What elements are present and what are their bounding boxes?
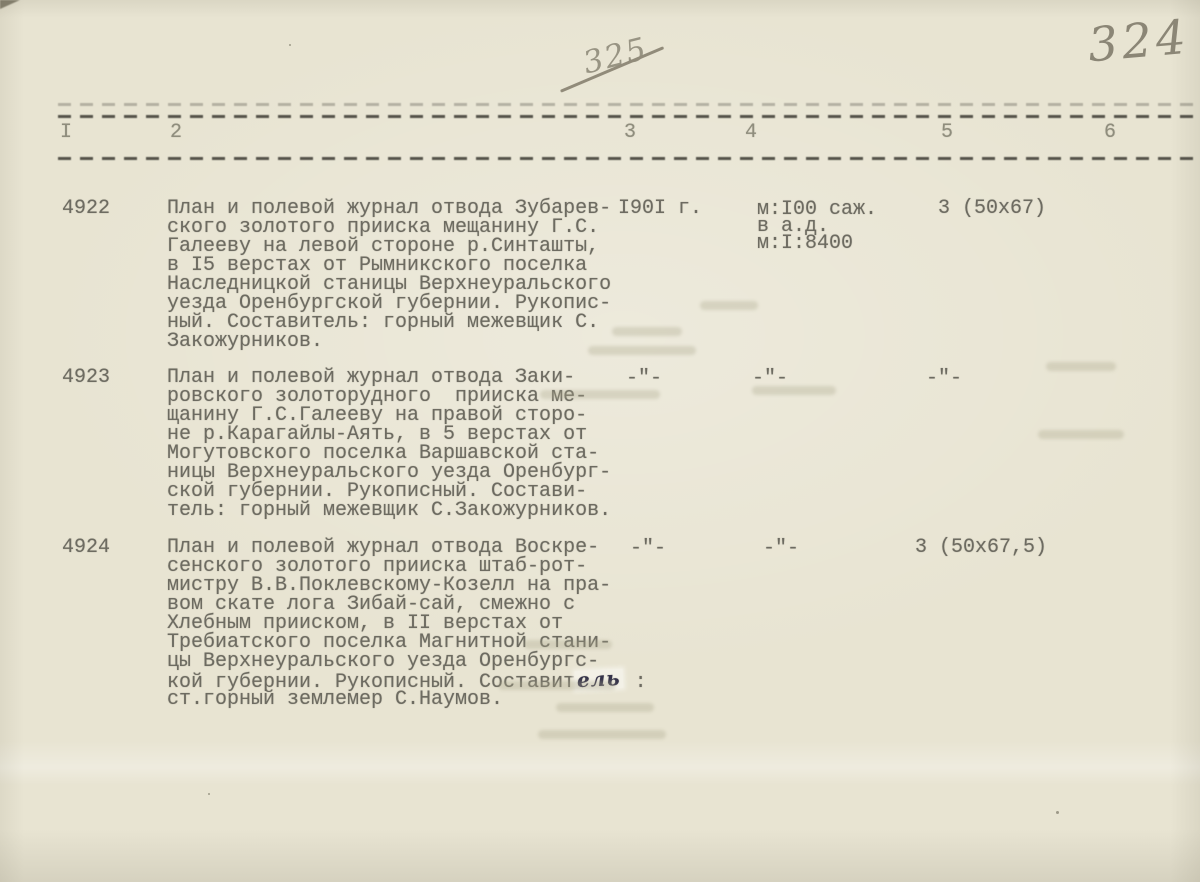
bleedthrough-smudge [538,730,666,739]
header-rule-top [58,115,1195,118]
entry-count-ditto: -"- [926,369,962,388]
entry-description: План и полевой журнал отвода Воскре- сен… [167,538,611,671]
entry-count: 3 (50х67,5) [915,538,1047,557]
entry-number: 4922 [62,199,110,218]
header-rule-bottom [58,157,1195,160]
handwritten-page-number: 324 [1086,10,1192,74]
column-header-4: 4 [745,121,757,144]
entry-description-last-line: ст.горный землемер С.Наумов. [167,690,503,709]
scan-corner-mark [0,0,20,9]
bleedthrough-smudge [752,386,836,395]
entry-date: I90I г. [618,199,702,218]
corrected-line-typed-post: : [623,671,647,694]
header-rule-ghost [58,103,1195,106]
column-header-6: 6 [1104,121,1116,144]
paper-speck [1056,811,1059,814]
bleedthrough-smudge [524,640,612,649]
bleedthrough-smudge [612,327,682,336]
column-header-3: 3 [624,121,636,144]
bleedthrough-smudge [1038,430,1124,439]
entry-number: 4923 [62,368,110,387]
entry-date-ditto: -"- [626,369,662,388]
entry-scale: м:I00 саж. в а.д. м:I:8400 [757,201,877,252]
column-header-1: I [60,121,72,144]
bleedthrough-smudge [1046,362,1116,371]
column-header-2: 2 [170,121,182,144]
entry-description: План и полевой журнал отвода Зубарев- ск… [167,199,611,351]
entry-scale-ditto: -"- [763,539,799,558]
column-header-5: 5 [941,121,953,144]
archive-page: 324 325 I 2 3 4 5 6 4922 План и полевой … [0,0,1200,882]
bleedthrough-smudge [498,681,616,690]
paper-speck [289,44,291,46]
entry-number: 4924 [62,538,110,557]
paper-speck [208,793,210,795]
entry-date-ditto: -"- [630,539,666,558]
bleedthrough-smudge [556,703,654,712]
entry-count: 3 (50х67) [938,199,1046,218]
bleedthrough-smudge [588,346,696,355]
bleedthrough-smudge [540,390,660,399]
bleedthrough-smudge [700,301,758,310]
